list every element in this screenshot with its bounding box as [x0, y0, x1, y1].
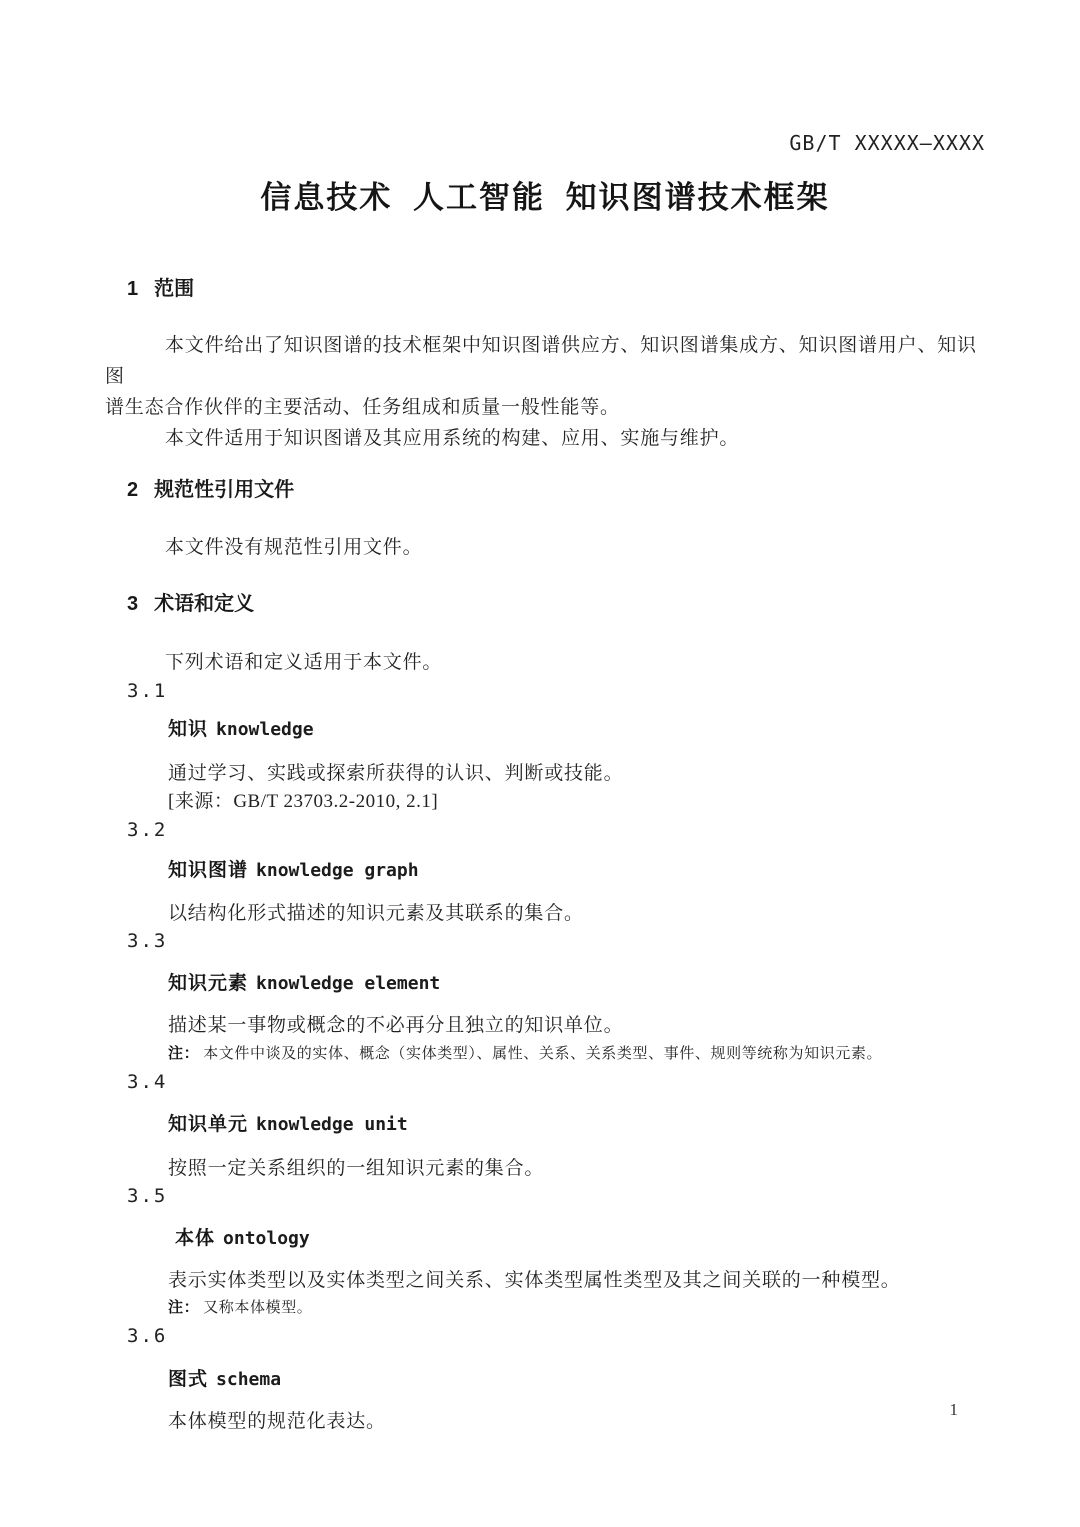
term-definition: 本体模型的规范化表达。 [168, 1408, 985, 1436]
term-zh: 知识单元 [168, 1114, 248, 1135]
term-heading: 本体ontology [175, 1226, 985, 1252]
term-definition: 表示实体类型以及实体类型之间关系、实体类型属性类型及其之间关联的一种模型。 [168, 1267, 985, 1295]
term-zh: 图式 [168, 1369, 208, 1390]
term-id: 3.6 [127, 1323, 985, 1349]
term-id: 3.3 [127, 928, 985, 954]
term-en: ontology [223, 1228, 310, 1249]
term-id: 3.5 [127, 1183, 985, 1209]
term-note: 注：又称本体模型。 [168, 1297, 985, 1319]
term-en: knowledge unit [256, 1114, 408, 1135]
term-heading: 图式schema [168, 1367, 985, 1393]
term-en: knowledge graph [256, 860, 419, 881]
note-label: 注： [168, 1299, 199, 1316]
document-content: GB/T XXXXX—XXXX 信息技术 人工智能 知识图谱技术框架 1范围 本… [0, 131, 1080, 1436]
term-zh: 知识元素 [168, 973, 248, 994]
clause-label: 术语和定义 [154, 593, 254, 615]
term-definition: 以结构化形式描述的知识元素及其联系的集合。 [168, 900, 985, 928]
term-zh: 知识图谱 [168, 860, 248, 881]
clause-number: 3 [127, 593, 138, 615]
paragraph: 下列术语和定义适用于本文件。 [105, 647, 985, 678]
term-note: 注：本文件中谈及的实体、概念（实体类型）、属性、关系、关系类型、事件、规则等统称… [168, 1043, 985, 1065]
term-id: 3.2 [127, 817, 985, 843]
paragraph: 本文件没有规范性引用文件。 [105, 532, 985, 563]
term-heading: 知识knowledge [168, 717, 985, 743]
term-id: 3.1 [127, 678, 985, 704]
note-label: 注： [168, 1045, 199, 1062]
clause-label: 范围 [154, 278, 194, 300]
term-definition: 通过学习、实践或探索所获得的认识、判断或技能。 [168, 760, 985, 788]
clause-number: 2 [127, 479, 138, 501]
term-en: schema [216, 1369, 281, 1390]
paragraph: 本文件给出了知识图谱的技术框架中知识图谱供应方、知识图谱集成方、知识图谱用户、知… [105, 330, 985, 392]
document-page: GB/T XXXXX—XXXX 信息技术 人工智能 知识图谱技术框架 1范围 本… [0, 0, 1080, 1527]
term-zh: 本体 [175, 1228, 215, 1249]
note-text: 又称本体模型。 [203, 1300, 312, 1316]
doc-number: GB/T XXXXX—XXXX [105, 131, 985, 155]
clause-2-heading: 2规范性引用文件 [127, 478, 985, 502]
clause-3-heading: 3术语和定义 [127, 592, 985, 616]
term-en: knowledge element [256, 973, 440, 994]
note-text: 本文件中谈及的实体、概念（实体类型）、属性、关系、关系类型、事件、规则等统称为知… [203, 1046, 882, 1062]
term-source: [来源：GB/T 23703.2-2010, 2.1] [168, 788, 985, 816]
page-number: 1 [950, 1400, 959, 1420]
term-heading: 知识单元knowledge unit [168, 1112, 985, 1138]
clause-1-heading: 1范围 [127, 277, 985, 301]
clause-label: 规范性引用文件 [154, 479, 294, 501]
term-zh: 知识 [168, 719, 208, 740]
term-definition: 按照一定关系组织的一组知识元素的集合。 [168, 1155, 985, 1183]
term-definition: 描述某一事物或概念的不必再分且独立的知识单位。 [168, 1012, 985, 1040]
paragraph: 谱生态合作伙伴的主要活动、任务组成和质量一般性能等。 [105, 392, 985, 423]
doc-title: 信息技术 人工智能 知识图谱技术框架 [105, 180, 985, 216]
term-heading: 知识图谱knowledge graph [168, 858, 985, 884]
term-id: 3.4 [127, 1069, 985, 1095]
clause-number: 1 [127, 278, 138, 300]
paragraph: 本文件适用于知识图谱及其应用系统的构建、应用、实施与维护。 [105, 423, 985, 454]
term-en: knowledge [216, 719, 314, 740]
term-heading: 知识元素knowledge element [168, 971, 985, 997]
